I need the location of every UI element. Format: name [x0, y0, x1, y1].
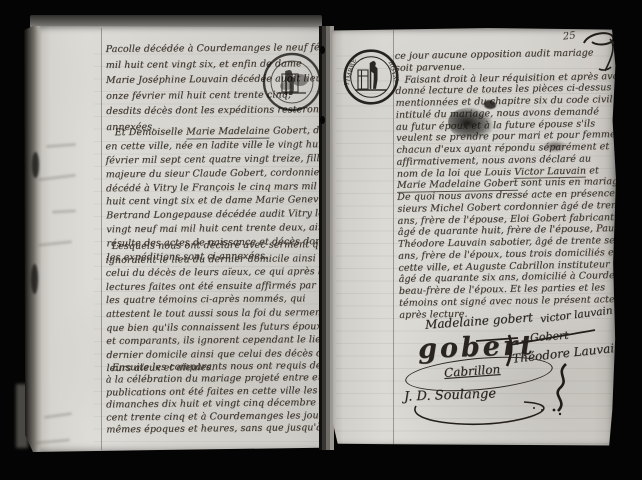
left-page: Pacolle décédée à Courdemanges le neuf f…	[24, 26, 322, 452]
stitch-knot	[320, 46, 325, 54]
page-number: 25	[562, 30, 576, 42]
binding-gutter	[319, 26, 334, 450]
bleed-through-mark	[46, 143, 76, 148]
paragraph-marriage-pronouncement: ce jour aucune opposition audit mariages…	[395, 47, 616, 321]
signature-underline-flourish	[406, 396, 566, 432]
ink-smudge	[542, 140, 568, 153]
timbre-royal-stamp: TIMBRE ROYAL	[342, 48, 400, 106]
bleed-through-mark	[52, 209, 76, 213]
bleed-through-mark	[38, 174, 76, 181]
bleed-through-mark	[38, 240, 72, 246]
bleed-through-mark	[44, 412, 72, 418]
right-page: 25 TIMBRE ROYAL ce jour aucune oppositio…	[332, 28, 616, 448]
stitch-knot	[320, 116, 325, 124]
left-margin-rule	[101, 28, 102, 450]
scanned-register-spread: Pacolle décédée à Courdemanges le neuf f…	[0, 0, 642, 480]
ink-stamp-left	[260, 50, 324, 114]
page-edge-mark	[32, 152, 39, 178]
ink-blot	[484, 100, 496, 109]
page-behind-top-edge	[30, 15, 322, 28]
book-edge-stack	[24, 26, 42, 452]
page-edge-mark	[31, 264, 38, 294]
paragraph-declaration: Lesquels nous ont déclaré avec serment q…	[105, 239, 343, 377]
